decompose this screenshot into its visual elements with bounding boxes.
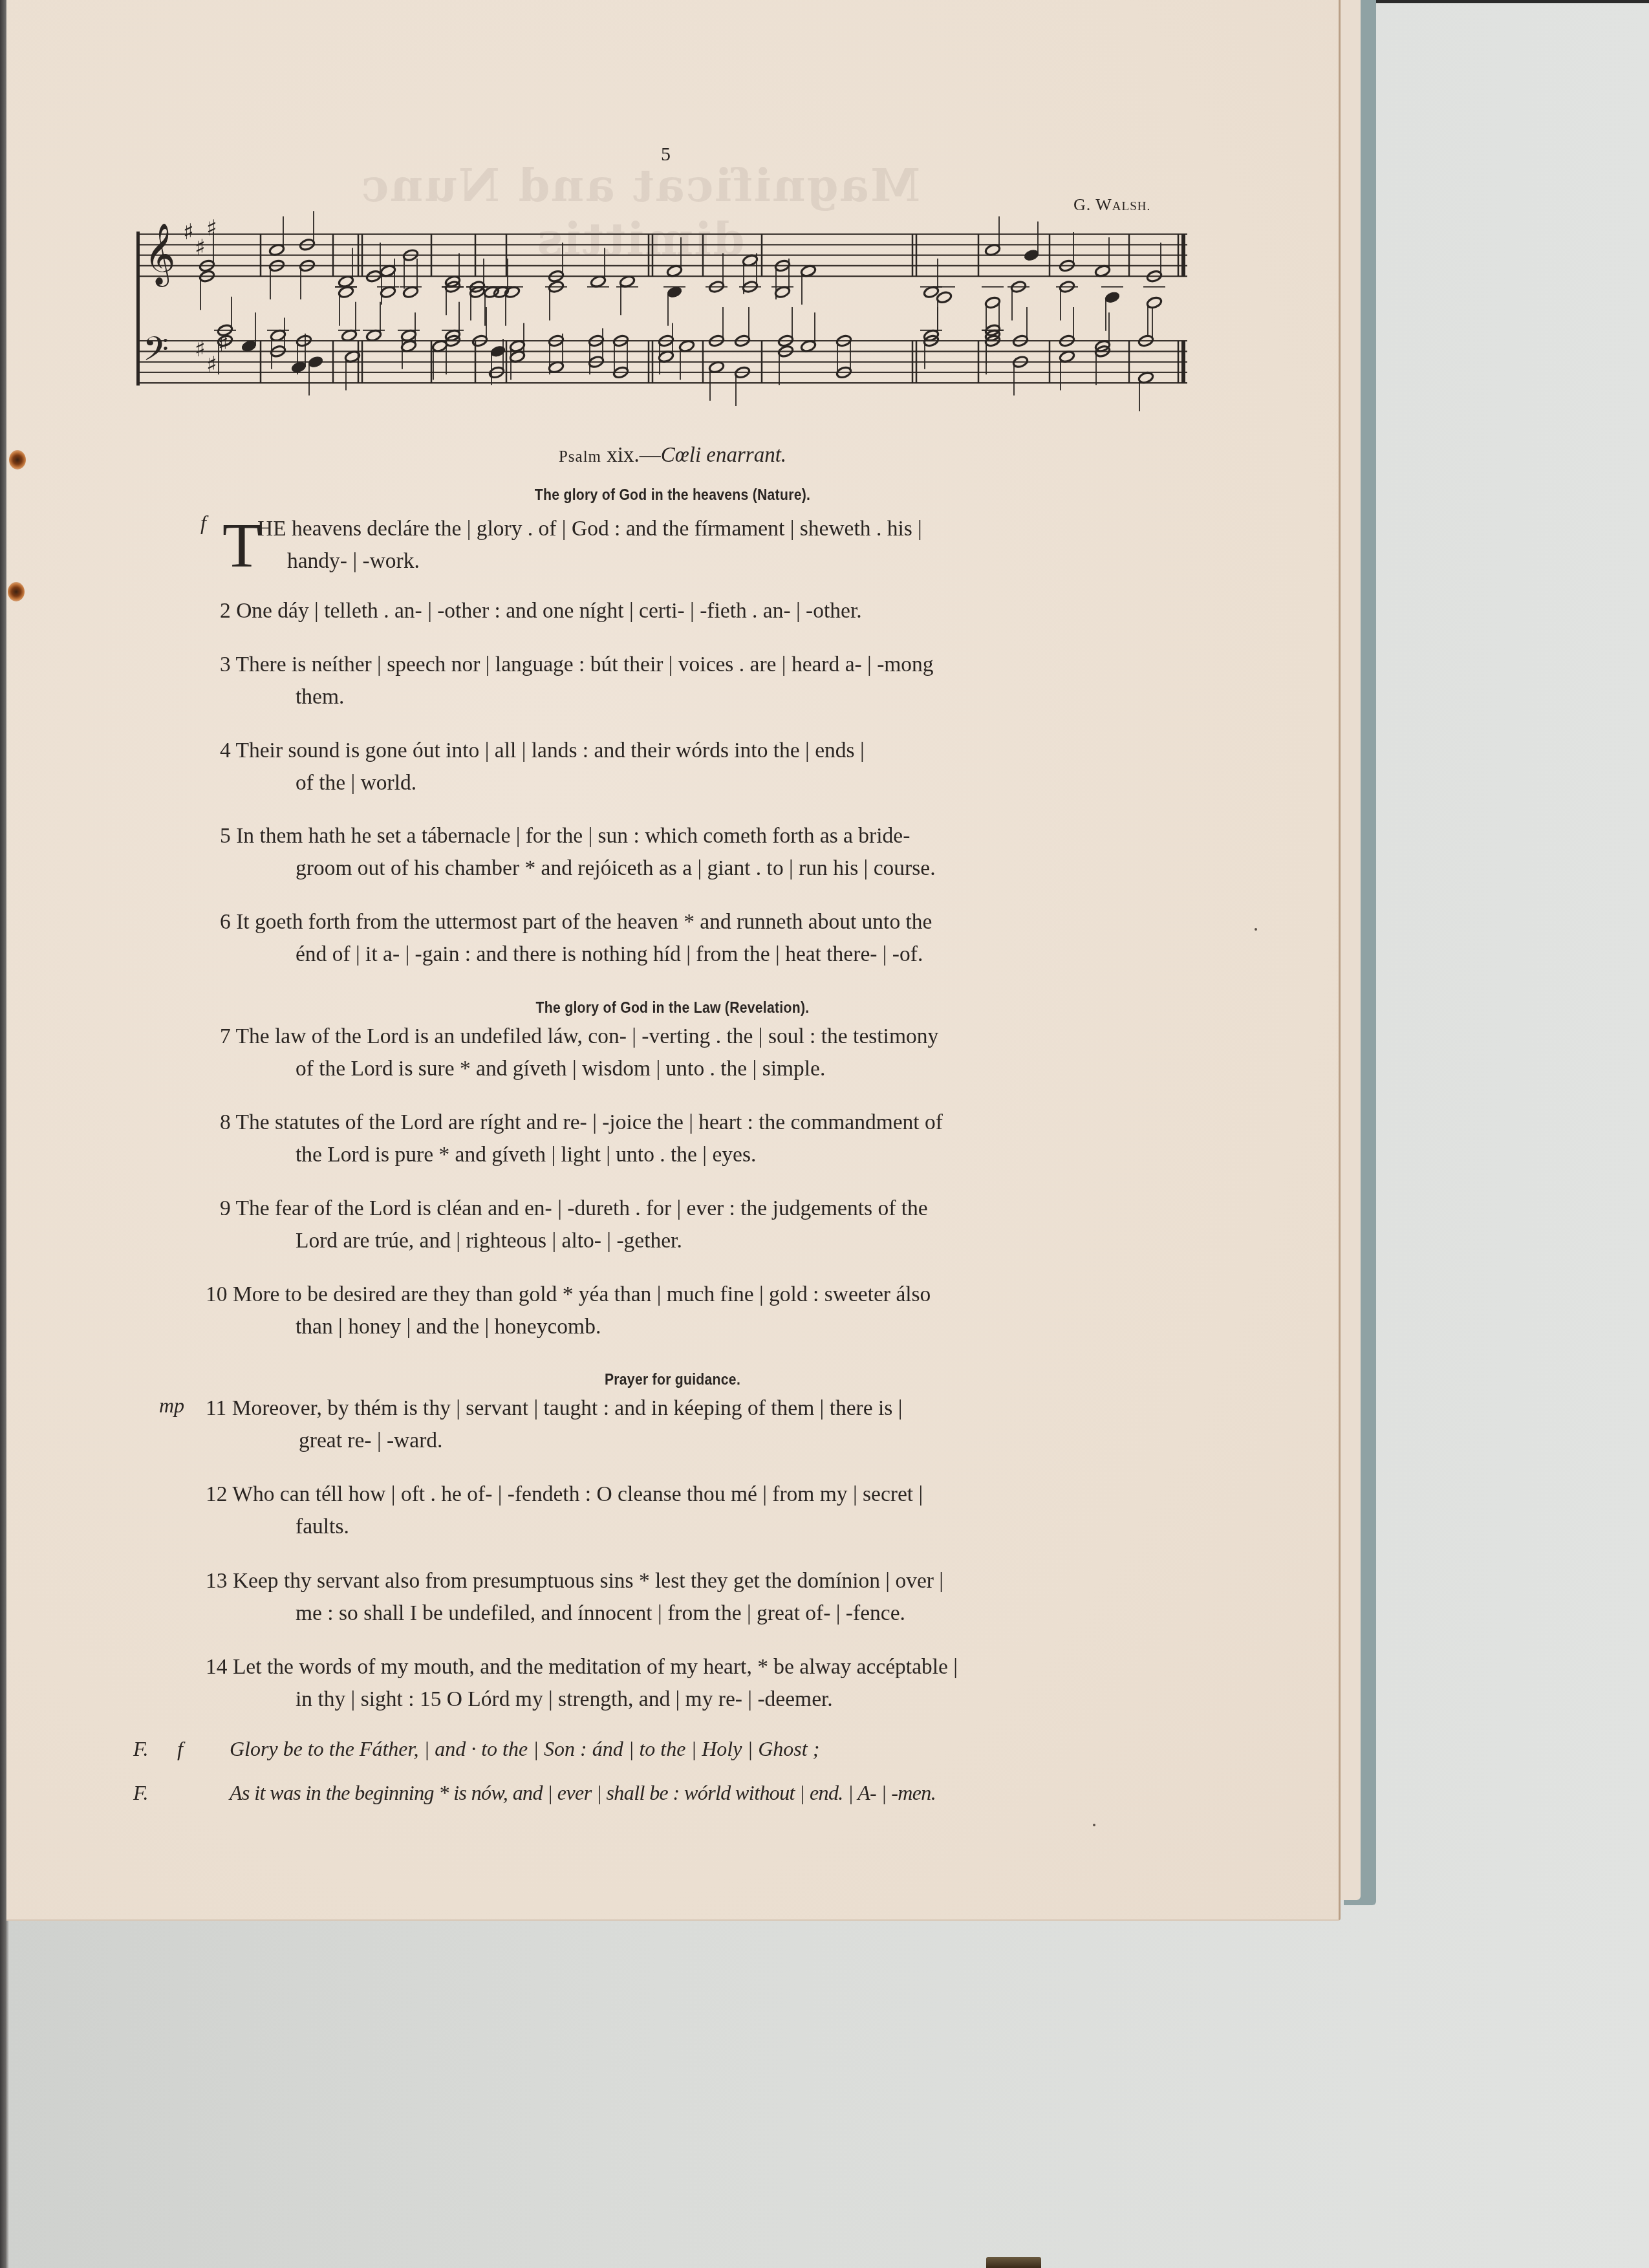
verse-number: 5 <box>220 820 231 852</box>
verse-line: 3 There is neíther | speech nor | langua… <box>220 649 1190 681</box>
hymnal-page: Magnificat and Nunc dimittis 5 G. WALSH.… <box>6 0 1341 1921</box>
verse-text: The statutes of the Lord are ríght and r… <box>236 1110 943 1134</box>
half-note <box>984 296 1000 310</box>
gloria-line-2: As it was in the beginning * is nów, and… <box>230 1781 936 1805</box>
verse-text: Let the words of my mouth, and the medit… <box>233 1655 958 1679</box>
sharp-icon: ♯ <box>195 235 205 261</box>
psalm-title: Psalm xix.—Cœli enarrant. <box>6 444 1339 468</box>
section-heading-prayer: Prayer for guidance. <box>59 1371 1285 1388</box>
quarter-note <box>1023 248 1039 262</box>
verse-12: 12 Who can téll how | oft . he of- | -fe… <box>206 1478 1190 1543</box>
verse-line: 8 The statutes of the Lord are ríght and… <box>220 1107 1190 1139</box>
verse-number: 14 <box>206 1651 228 1683</box>
verse-line: them. <box>220 681 1190 713</box>
scanner-lid-edge <box>1374 0 1649 3</box>
quarter-note <box>1104 290 1120 304</box>
gloria-full-label: F. <box>133 1737 148 1761</box>
verse-text: More to be desired are they than gold * … <box>233 1282 931 1306</box>
verse-line: Lord are trúe, and | righteous | alto- |… <box>220 1225 1190 1257</box>
verse-number: 8 <box>220 1107 231 1139</box>
anglican-chant-score: 𝄞𝄢♯♯♯♯♯♯ <box>6 0 1339 414</box>
paper-speck <box>1255 928 1257 931</box>
verse-text: In them hath he set a tábernacle | for t… <box>236 824 910 848</box>
half-note <box>1146 296 1162 310</box>
dynamic-marking: f <box>200 511 206 535</box>
psalm-latin-incipit: Cœli enarrant. <box>661 444 786 467</box>
quarter-note <box>490 345 506 358</box>
verse-4: 4 Their sound is gone óut into | all | l… <box>220 735 1190 799</box>
treble-clef-icon: 𝄞 <box>144 223 175 287</box>
verse-line: 9 The fear of the Lord is cléan and en- … <box>220 1193 1190 1225</box>
psalm-label: Psalm <box>559 448 601 466</box>
gloria-dynamic: f <box>177 1737 183 1761</box>
verse-number: 11 <box>206 1392 226 1425</box>
verse-line: me : so shall I be undefiled, and ínnoce… <box>206 1597 1190 1630</box>
bass-clef-icon: 𝄢 <box>143 329 169 376</box>
verse-line: than | honey | and the | honeycomb. <box>206 1311 1190 1343</box>
verse-line: 10 More to be desired are they than gold… <box>206 1279 1190 1311</box>
verse-2: 2 One dáy | telleth . an- | -other : and… <box>220 595 1190 627</box>
staple-rust-mark <box>8 582 25 601</box>
verse-number: 4 <box>220 735 231 767</box>
verse-line: 4 Their sound is gone óut into | all | l… <box>220 735 1190 767</box>
verse-line: of the | world. <box>220 767 1190 799</box>
verse-line: 5 In them hath he set a tábernacle | for… <box>220 820 1190 852</box>
verse-9: 9 The fear of the Lord is cléan and en- … <box>220 1193 1190 1257</box>
sharp-icon: ♯ <box>183 219 193 245</box>
verse-number: 7 <box>220 1021 231 1053</box>
gloria-line-1: Glory be to the Fáther, | and · to the |… <box>230 1737 819 1761</box>
verse-8: 8 The statutes of the Lord are ríght and… <box>220 1107 1190 1171</box>
verse-14: 14 Let the words of my mouth, and the me… <box>206 1651 1190 1716</box>
psalm-number: xix.— <box>601 444 661 467</box>
verse-text: Keep thy servant also from presumptuous … <box>233 1569 943 1593</box>
paper-speck <box>1093 1824 1095 1826</box>
verse-text: One dáy | telleth . an- | -other : and o… <box>236 599 861 623</box>
verse-text: The law of the Lord is an undefiled láw,… <box>236 1024 939 1048</box>
verse-text: There is neíther | speech nor | language… <box>236 653 934 676</box>
verse-line: 11 Moreover, by thém is thy | servant | … <box>206 1392 1190 1425</box>
verse-line: in thy | sight : 15 O Lórd my | strength… <box>206 1683 1190 1716</box>
final-barline <box>1181 234 1185 276</box>
dynamic-marking: mp <box>159 1394 184 1418</box>
verse-13: 13 Keep thy servant also from presumptuo… <box>206 1565 1190 1630</box>
sharp-icon: ♯ <box>195 336 205 362</box>
verse-line: 13 Keep thy servant also from presumptuo… <box>206 1565 1190 1597</box>
verse-line: énd of | it a- | -gain : and there is no… <box>220 938 1190 971</box>
verse-number: 3 <box>220 649 231 681</box>
verse-line: handy- | -work. <box>257 545 1185 578</box>
final-barline <box>1181 341 1185 383</box>
section-heading-nature: The glory of God in the heavens (Nature)… <box>59 486 1285 504</box>
verse-number: 9 <box>220 1193 231 1225</box>
verse-line: of the Lord is sure * and gíveth | wisdo… <box>220 1053 1190 1085</box>
verse-line: HE heavens decláre the | glory . of | Go… <box>257 513 1185 545</box>
verse-line: groom out of his chamber * and rejóiceth… <box>220 852 1190 885</box>
system-bracket <box>136 232 140 385</box>
quarter-note <box>307 355 323 369</box>
verse-line: 12 Who can téll how | oft . he of- | -fe… <box>206 1478 1190 1511</box>
gloria-full-label: F. <box>133 1781 148 1805</box>
verse-number: 10 <box>206 1279 228 1311</box>
drop-cap: T <box>222 514 261 578</box>
verse-7: 7 The law of the Lord is an undefiled lá… <box>220 1021 1190 1085</box>
verse-line: the Lord is pure * and gíveth | light | … <box>220 1139 1190 1171</box>
verse-line: 14 Let the words of my mouth, and the me… <box>206 1651 1190 1683</box>
section-heading-law: The glory of God in the Law (Revelation)… <box>59 999 1285 1017</box>
verse-5: 5 In them hath he set a tábernacle | for… <box>220 820 1190 885</box>
verse-text: Who can téll how | oft . he of- | -fende… <box>232 1482 923 1506</box>
verse-10: 10 More to be desired are they than gold… <box>206 1279 1190 1343</box>
verse-number: 12 <box>206 1478 228 1511</box>
verse-text: It goeth forth from the uttermost part o… <box>236 910 932 934</box>
verse-text: Moreover, by thém is thy | servant | tau… <box>232 1396 903 1420</box>
verse-line: 6 It goeth forth from the uttermost part… <box>220 906 1190 938</box>
sharp-icon: ♯ <box>206 352 217 378</box>
verse-number: 13 <box>206 1565 228 1597</box>
verse-6: 6 It goeth forth from the uttermost part… <box>220 906 1190 971</box>
scanner-clip <box>986 2257 1041 2268</box>
verse-text: Their sound is gone óut into | all | lan… <box>236 739 865 762</box>
verse-text: The fear of the Lord is cléan and en- | … <box>236 1196 928 1220</box>
verse-line: great re- | -ward. <box>206 1425 1190 1457</box>
verse-number: 6 <box>220 906 231 938</box>
verse-1: HE heavens decláre the | glory . of | Go… <box>257 513 1185 578</box>
verse-3: 3 There is neíther | speech nor | langua… <box>220 649 1190 713</box>
verse-line: 2 One dáy | telleth . an- | -other : and… <box>220 595 1190 627</box>
sharp-icon: ♯ <box>206 215 217 241</box>
verse-line: 7 The law of the Lord is an undefiled lá… <box>220 1021 1190 1053</box>
verse-line: faults. <box>206 1511 1190 1543</box>
verse-11: 11 Moreover, by thém is thy | servant | … <box>206 1392 1190 1457</box>
verse-number: 2 <box>220 595 231 627</box>
